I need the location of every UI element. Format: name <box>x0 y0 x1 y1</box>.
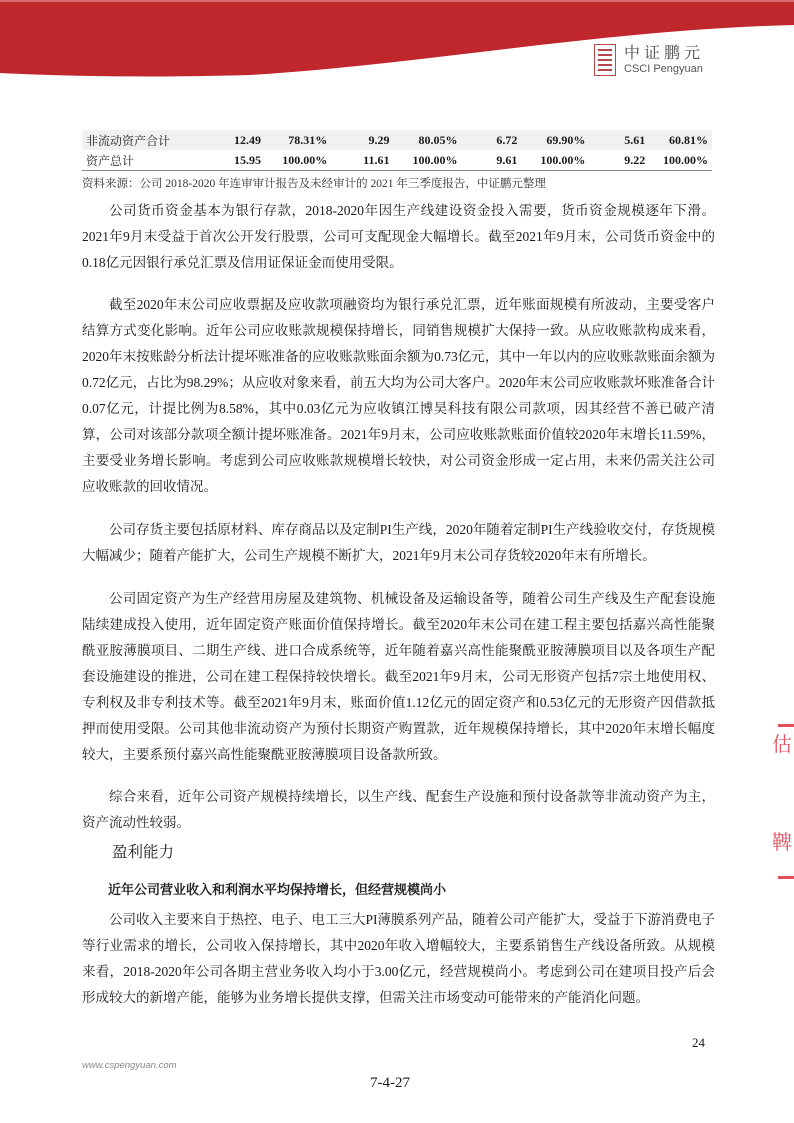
table-row: 非流动资产合计 12.49 78.31% 9.29 80.05% 6.72 69… <box>82 130 712 150</box>
stamp-char-bottom: 鞞 <box>772 826 794 855</box>
stamp-mark <box>778 876 794 879</box>
cell: 78.31% <box>265 130 331 150</box>
cell: 15.95 <box>217 150 265 171</box>
paragraph-text: 综合来看，近年公司资产规模持续增长，以生产线、配套生产设施和预付设备款等非流动资… <box>82 784 715 836</box>
paragraph-cash: 公司货币资金基本为银行存款，2018-2020年因生产线建设资金投入需要，货币资… <box>82 198 715 276</box>
cell: 11.61 <box>331 150 393 171</box>
cell: 80.05% <box>393 130 461 150</box>
table-row: 资产总计 15.95 100.00% 11.61 100.00% 9.61 10… <box>82 150 712 171</box>
cell: 100.00% <box>521 150 589 171</box>
cell: 9.22 <box>589 150 649 171</box>
paragraph-text: 公司固定资产为生产经营用房屋及建筑物、机械设备及运输设备等，随着公司生产线及生产… <box>82 586 715 768</box>
logo-english-name: CSCI Pengyuan <box>624 62 704 76</box>
paragraph-inventory: 公司存货主要包括原材料、库存商品以及定制PI生产线，2020年随着定制PI生产线… <box>82 517 715 569</box>
document-number: 7-4-27 <box>370 1075 410 1092</box>
section-title: 盈利能力 <box>112 840 174 862</box>
company-logo: 中证鹏元 CSCI Pengyuan <box>594 44 704 76</box>
row-label: 非流动资产合计 <box>82 130 217 150</box>
cell: 12.49 <box>217 130 265 150</box>
asset-table: 非流动资产合计 12.49 78.31% 9.29 80.05% 6.72 69… <box>82 130 712 171</box>
cell: 9.61 <box>461 150 521 171</box>
paragraph-fixed-assets: 公司固定资产为生产经营用房屋及建筑物、机械设备及运输设备等，随着公司生产线及生产… <box>82 586 715 768</box>
paragraph-revenue: 公司收入主要来自于热控、电子、电工三大PI薄膜系列产品，随着公司产能扩大，受益于… <box>82 907 715 1011</box>
paragraph-text: 公司存货主要包括原材料、库存商品以及定制PI生产线，2020年随着定制PI生产线… <box>82 517 715 569</box>
paragraph-text: 公司货币资金基本为银行存款，2018-2020年因生产线建设资金投入需要，货币资… <box>82 198 715 276</box>
seal-icon <box>594 44 616 76</box>
cell: 100.00% <box>649 150 712 171</box>
logo-chinese-name: 中证鹏元 <box>624 44 704 62</box>
cell: 100.00% <box>265 150 331 171</box>
cell: 6.72 <box>461 130 521 150</box>
row-label: 资产总计 <box>82 150 217 171</box>
paragraph-receivables: 截至2020年末公司应收票据及应收款项融资均为银行承兑汇票，近年账面规模有所波动… <box>82 292 715 500</box>
cell: 69.90% <box>521 130 589 150</box>
page-number: 24 <box>692 1035 705 1051</box>
cell: 100.00% <box>393 150 461 171</box>
paragraph-summary: 综合来看，近年公司资产规模持续增长，以生产线、配套生产设施和预付设备款等非流动资… <box>82 784 715 836</box>
stamp-mark <box>778 724 794 727</box>
paragraph-text: 截至2020年末公司应收票据及应收款项融资均为银行承兑汇票，近年账面规模有所波动… <box>82 292 715 500</box>
cell: 9.29 <box>331 130 393 150</box>
section-subtitle: 近年公司营业收入和利润水平均保持增长，但经营规模尚小 <box>108 879 446 898</box>
cell: 5.61 <box>589 130 649 150</box>
table-source-note: 资料来源：公司 2018-2020 年连审审计报告及未经审计的 2021 年三季… <box>82 175 546 191</box>
website-link[interactable]: www.cspengyuan.com <box>82 1060 177 1071</box>
stamp-char-top: 估 <box>772 728 794 757</box>
cell: 60.81% <box>649 130 712 150</box>
paragraph-text: 公司收入主要来自于热控、电子、电工三大PI薄膜系列产品，随着公司产能扩大，受益于… <box>82 907 715 1011</box>
